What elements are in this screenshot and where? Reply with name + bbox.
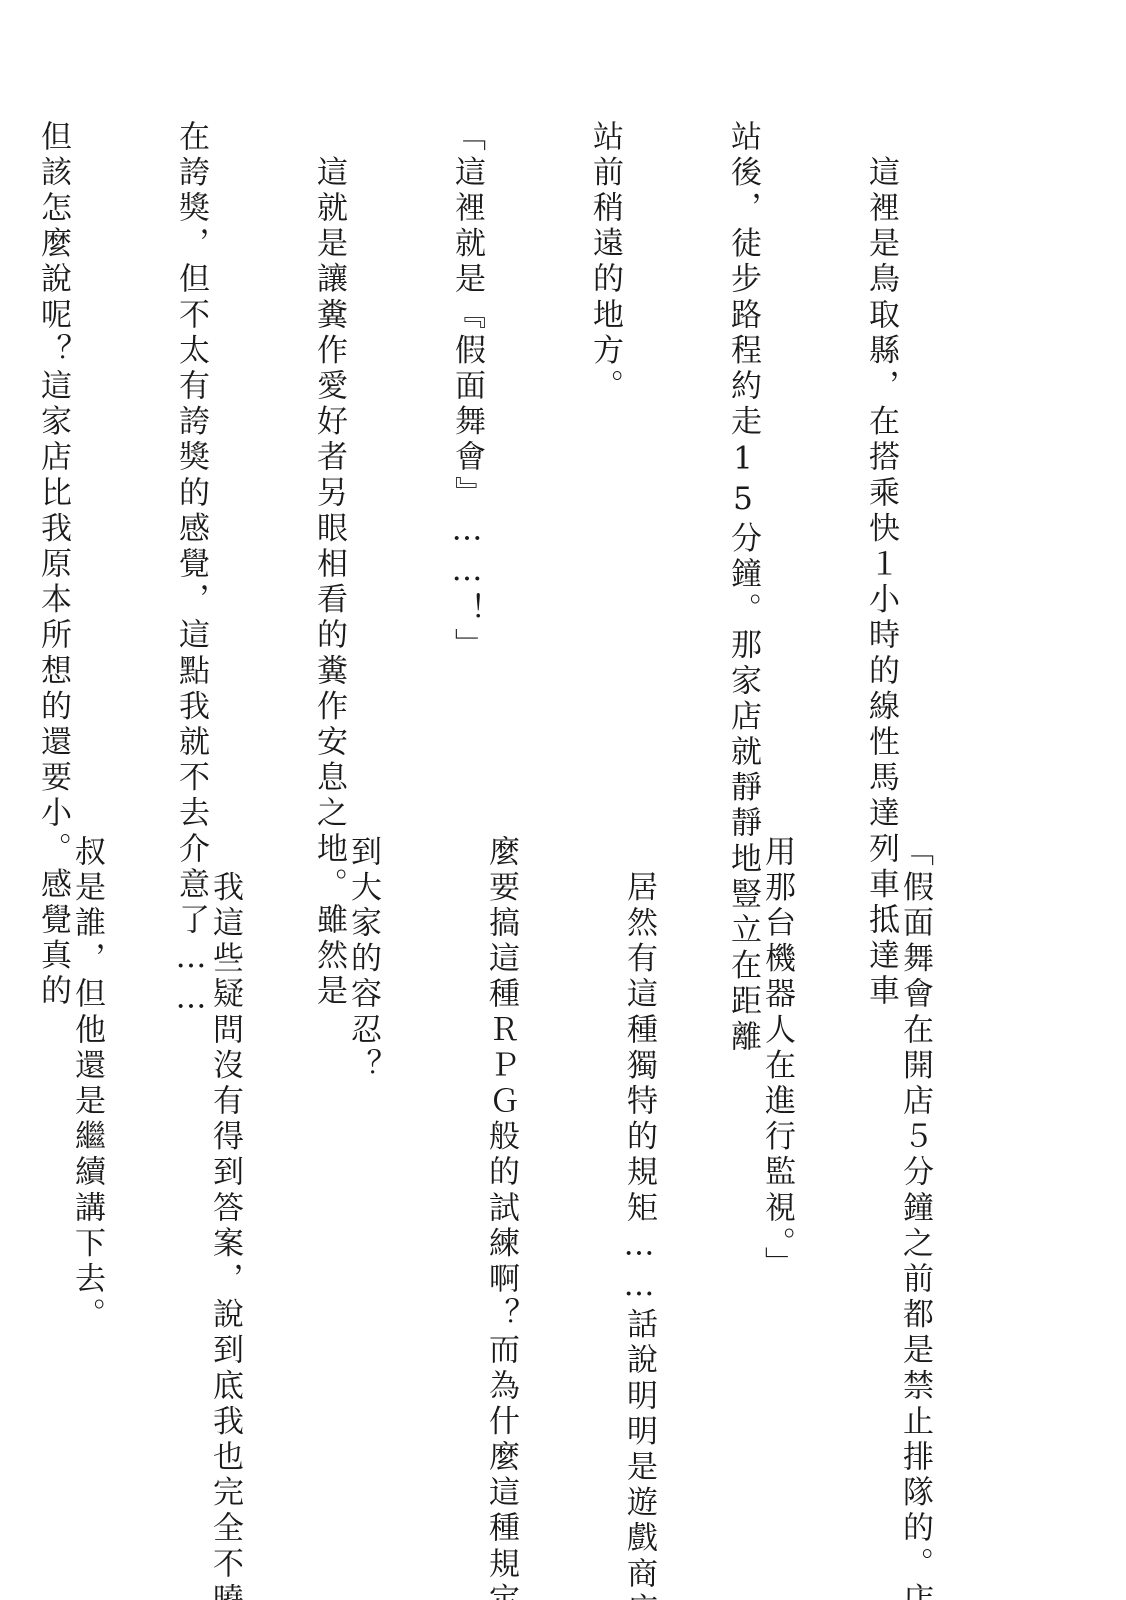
text-line: 到大家的容忍？ [340,835,386,1495]
text-line: 麼要搞這種ＲＰＧ般的試練啊？而為什麼這種規定又能受 [478,835,524,1495]
text-line: 居然有這種獨特的規矩……話說明明是遊戲商店，為什 [616,835,662,1495]
text-line: 叔是誰，但他還是繼續講下去。 [64,835,110,1495]
text-block-bottom: 「假面舞會在開店５分鐘之前都是禁止排隊的。店家就是 用那台機器人在進行監視。」 … [0,835,1030,1495]
text-line: 「這裡就是『假面舞會』……！」 [444,120,490,780]
text-line: 這裡是鳥取縣，在搭乘快１小時的線性馬達列車抵達車 [858,120,904,780]
text-line: 我這些疑問沒有得到答案，說到底我也完全不曉得這大 [202,835,248,1495]
text-line: 站後，徒步路程約走15分鐘。那家店就靜靜地豎立在距離 [720,120,766,780]
text-block-top: 這裡是鳥取縣，在搭乘快１小時的線性馬達列車抵達車 站後，徒步路程約走15分鐘。那… [0,120,996,780]
text-line: 「假面舞會在開店５分鐘之前都是禁止排隊的。店家就是 [892,835,938,1495]
text-line: 這就是讓糞作愛好者另眼相看的糞作安息之地。雖然是 [306,120,352,780]
text-line: 站前稍遠的地方。 [582,120,628,780]
text-line: 用那台機器人在進行監視。」 [754,835,800,1495]
text-line: 但該怎麼說呢？這家店比我原本所想的還要小。感覺真的 [30,120,76,780]
novel-page: 這裡是鳥取縣，在搭乘快１小時的線性馬達列車抵達車 站後，徒步路程約走15分鐘。那… [0,0,1126,1600]
text-line: 在誇獎，但不太有誇獎的感覺，這點我就不去介意了…… [168,120,214,780]
